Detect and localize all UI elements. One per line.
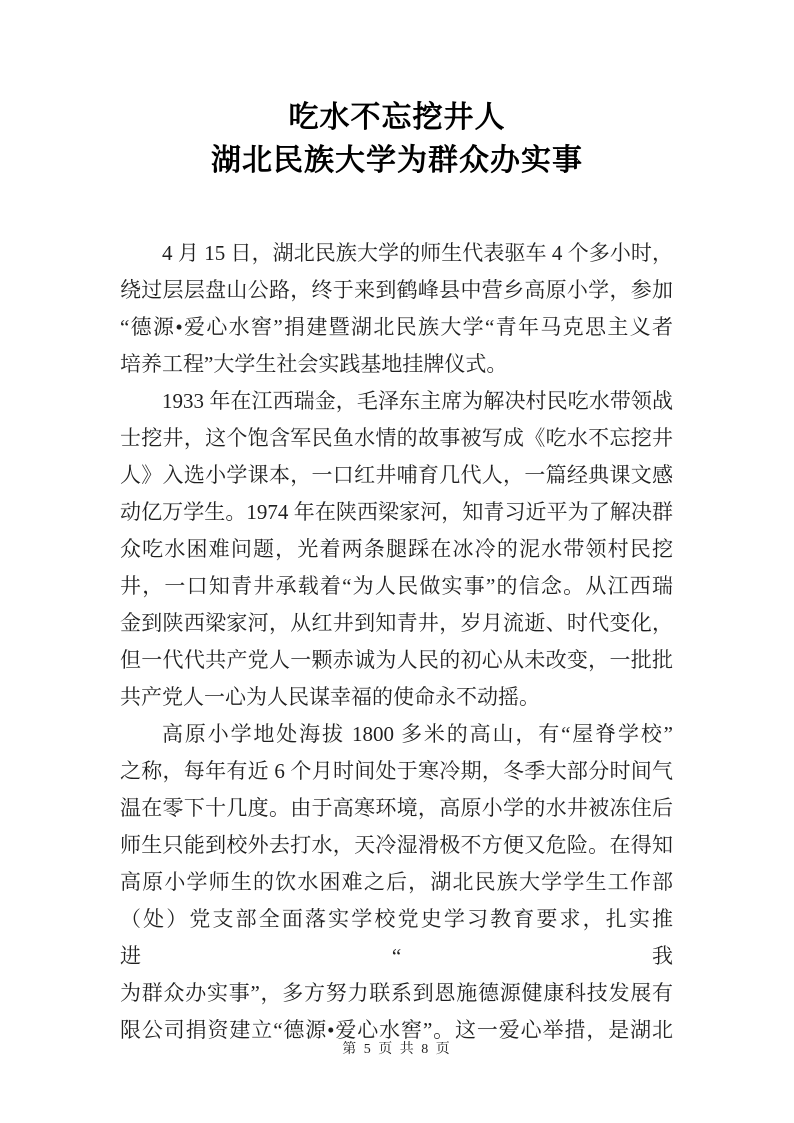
paragraph-3: 高原小学地处海拔 1800 多米的高山，有“屋脊学校” 之称，每年有近 6 个月… [120,716,673,1049]
paragraph-1-line-3: “德源•爱心水窖”捐建暨湖北民族大学“青年马克思主义者 [120,309,673,346]
paragraph-3-line-2: 之称，每年有近 6 个月时间处于寒冷期，冬季大部分时间气 [120,753,673,790]
paragraph-2-line-2: 士挖井，这个饱含军民鱼水情的故事被写成《吃水不忘挖井 [120,420,673,457]
document-body: 4 月 15 日，湖北民族大学的师生代表驱车 4 个多小时， 绕过层层盘山公路，… [120,235,673,1049]
paragraph-2-line-3: 人》入选小学课本，一口红井哺育几代人，一篇经典课文感 [120,457,673,494]
paragraph-3-line-4: 师生只能到校外去打水，天冷湿滑极不方便又危险。在得知 [120,827,673,864]
paragraph-1: 4 月 15 日，湖北民族大学的师生代表驱车 4 个多小时， 绕过层层盘山公路，… [120,235,673,383]
paragraph-2-line-1: 1933 年在江西瑞金，毛泽东主席为解决村民吃水带领战 [120,383,673,420]
page-footer: 第 5 页 共 8 页 [0,1038,794,1058]
paragraph-2-line-7: 金到陕西梁家河，从红井到知青井，岁月流逝、时代变化， [120,605,673,642]
paragraph-3-line-3: 温在零下十几度。由于高寒环境，高原小学的水井被冻住后 [120,790,673,827]
title-line-2: 湖北民族大学为群众办实事 [60,139,734,182]
paragraph-1-line-1: 4 月 15 日，湖北民族大学的师生代表驱车 4 个多小时， [120,235,673,272]
page-number-text: 第 5 页 共 8 页 [342,1042,452,1057]
paragraph-3-line-5: 高原小学师生的饮水困难之后，湖北民族大学学生工作部 [120,864,673,901]
paragraph-1-line-4: 培养工程”大学生社会实践基地挂牌仪式。 [120,346,673,383]
document-title: 吃水不忘挖井人 湖北民族大学为群众办实事 [60,96,734,182]
paragraph-2-line-6: 井，一口知青井承载着“为人民做实事”的信念。从江西瑞 [120,568,673,605]
paragraph-2-line-4: 动亿万学生。1974 年在陕西梁家河，知青习近平为了解决群 [120,494,673,531]
paragraph-3-line-7: 为群众办实事”，多方努力联系到恩施德源健康科技发展有 [120,975,673,1012]
paragraph-3-line-1: 高原小学地处海拔 1800 多米的高山，有“屋脊学校” [120,716,673,753]
paragraph-3-line-6: （处）党支部全面落实学校党史学习教育要求，扎实推进“我 [120,901,673,975]
document-page: 吃水不忘挖井人 湖北民族大学为群众办实事 4 月 15 日，湖北民族大学的师生代… [0,0,794,1123]
paragraph-2-line-5: 众吃水困难问题，光着两条腿踩在冰冷的泥水带领村民挖 [120,531,673,568]
title-line-1: 吃水不忘挖井人 [60,96,734,139]
paragraph-2-line-8: 但一代代共产党人一颗赤诚为人民的初心从未改变，一批批 [120,642,673,679]
paragraph-2-line-9: 共产党人一心为人民谋幸福的使命永不动摇。 [120,679,673,716]
paragraph-1-line-2: 绕过层层盘山公路，终于来到鹤峰县中营乡高原小学，参加 [120,272,673,309]
paragraph-2: 1933 年在江西瑞金，毛泽东主席为解决村民吃水带领战 士挖井，这个饱含军民鱼水… [120,383,673,716]
